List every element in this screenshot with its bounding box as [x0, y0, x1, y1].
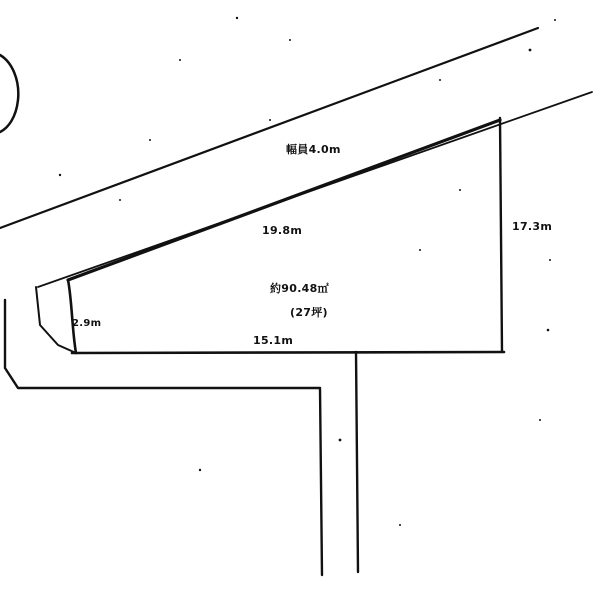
plot-right-side	[500, 118, 502, 352]
plot-bottom-side	[72, 352, 504, 353]
road-width-label: 幅員4.0m	[286, 141, 341, 157]
left-side-length-label: 2.9m	[72, 318, 101, 329]
area-label: 約90.48㎡	[270, 280, 329, 296]
circle-landmark	[0, 55, 18, 132]
access-path-line	[356, 352, 358, 572]
hypotenuse-length-label: 19.8m	[262, 224, 302, 237]
right-side-length-label: 17.3m	[512, 220, 552, 233]
survey-plot-drawing	[0, 0, 600, 600]
area-tsubo-label: (27坪)	[290, 304, 328, 320]
bottom-side-length-label: 15.1m	[253, 334, 293, 347]
plot-left-side	[68, 280, 76, 353]
road-upper-line	[0, 28, 538, 228]
plot-hypotenuse	[68, 120, 500, 280]
